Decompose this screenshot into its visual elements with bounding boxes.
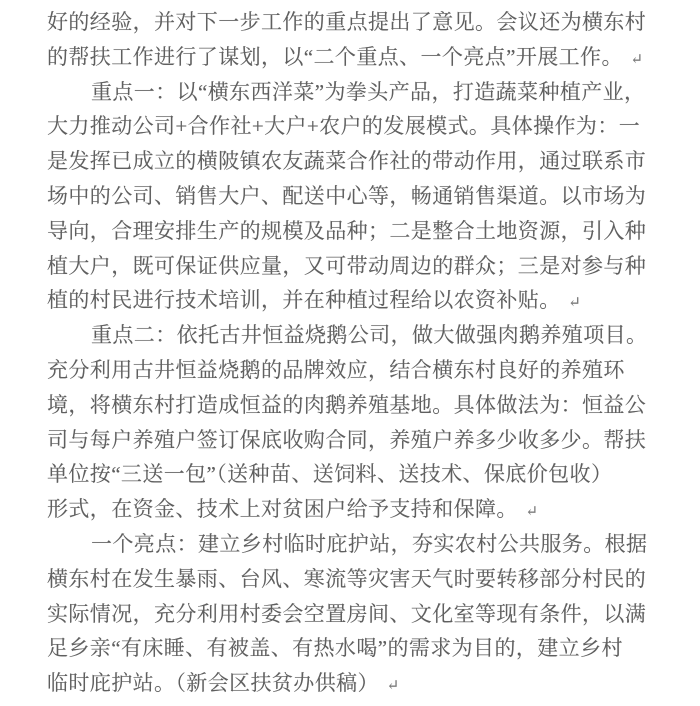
text-line: 横东村在发生暴雨、台风、寒流等灾害天气时要转移部分村民的 [47,562,672,597]
paragraph-mark-icon: ↵ [631,43,644,78]
document-page: 好的经验，并对下一步工作的重点提出了意见。会议还为横东村 的帮扶工作进行了谋划，… [0,0,700,706]
text-line: 形式，在资金、技术上对贫困户给予支持和保障。 ↵ [47,492,672,527]
text-line-content: 司与每户养殖户签订保底收购合同，养殖户养多少收多少。帮扶 [47,428,646,452]
text-line: 好的经验，并对下一步工作的重点提出了意见。会议还为横东村 [47,5,672,40]
text-line-content: 重点二：依托古井恒益烧鹅公司，做大做强肉鹅养殖项目。 [91,323,647,347]
text-line: 实际情况，充分利用村委会空置房间、文化室等现有条件，以满 [47,597,672,632]
text-line: 植大户，既可保证供应量，又可带动周边的群众；三是对参与种 [47,249,672,284]
text-line-content: 境，将横东村打造成恒益的肉鹅养殖基地。具体做法为：恒益公 [47,393,646,417]
text-line: 植的村民进行技术培训，并在种植过程给以农资补贴。 ↵ [47,283,672,318]
text-line-content: 植大户，既可保证供应量，又可带动周边的群众；三是对参与种 [47,254,646,278]
text-line: 的帮扶工作进行了谋划，以“二个重点、一个亮点”开展工作。 ↵ [47,40,672,75]
text-line-content: 植的村民进行技术培训，并在种植过程给以农资补贴。 [47,288,561,312]
text-line-content: 实际情况，充分利用村委会空置房间、文化室等现有条件，以满 [47,602,646,626]
text-line-content: 是发挥已成立的横陂镇农友蔬菜合作社的带动作用，通过联系市 [47,149,646,173]
text-line-content: 导向，合理安排生产的规模及品种；二是整合土地资源，引入种 [47,219,646,243]
text-line-content: 大力推动公司+合作社+大户+农户的发展模式。具体操作为：一 [47,114,640,138]
text-line-content: 好的经验，并对下一步工作的重点提出了意见。会议还为横东村 [47,10,646,34]
text-line: 重点一：以“横东西洋菜”为拳头产品，打造蔬菜种植产业， [47,75,672,110]
text-line-content: 足乡亲“有床睡、有被盖、有热水喝”的需求为目的，建立乡村 [47,636,623,660]
paragraph-mark-icon: ↵ [525,495,538,530]
text-line-content: 场中的公司、销售大户、配送中心等，畅通销售渠道。以市场为 [47,184,646,208]
text-line: 充分利用古井恒益烧鹅的品牌效应，结合横东村良好的养殖环 [47,353,672,388]
text-line: 临时庇护站。（新会区扶贫办供稿） ↵ [47,666,672,701]
text-line-content: 充分利用古井恒益烧鹅的品牌效应，结合横东村良好的养殖环 [47,358,625,382]
text-line-content: 一个亮点：建立乡村临时庇护站，夯实农村公共服务。根据 [91,532,647,556]
text-line: 一个亮点：建立乡村临时庇护站，夯实农村公共服务。根据 [47,527,672,562]
paragraph-mark-icon: ↵ [568,286,581,321]
text-line: 重点二：依托古井恒益烧鹅公司，做大做强肉鹅养殖项目。 [47,318,672,353]
document-text-block: 好的经验，并对下一步工作的重点提出了意见。会议还为横东村 的帮扶工作进行了谋划，… [47,5,672,701]
text-line-content: 横东村在发生暴雨、台风、寒流等灾害天气时要转移部分村民的 [47,567,646,591]
text-line: 导向，合理安排生产的规模及品种；二是整合土地资源，引入种 [47,214,672,249]
text-line-content: 临时庇护站。（新会区扶贫办供稿） [47,671,379,695]
text-line-content: 形式，在资金、技术上对贫困户给予支持和保障。 [47,497,518,521]
text-line: 足乡亲“有床睡、有被盖、有热水喝”的需求为目的，建立乡村 [47,631,672,666]
text-line: 是发挥已成立的横陂镇农友蔬菜合作社的带动作用，通过联系市 [47,144,672,179]
text-line-content: 重点一：以“横东西洋菜”为拳头产品，打造蔬菜种植产业， [91,80,645,104]
text-line: 境，将横东村打造成恒益的肉鹅养殖基地。具体做法为：恒益公 [47,388,672,423]
text-line-content: 单位按“三送一包”（送种苗、送饲料、送技术、保底价包收） [47,462,612,486]
text-line-content: 的帮扶工作进行了谋划，以“二个重点、一个亮点”开展工作。 [47,45,623,69]
text-line: 司与每户养殖户签订保底收购合同，养殖户养多少收多少。帮扶 [47,423,672,458]
text-line: 场中的公司、销售大户、配送中心等，畅通销售渠道。以市场为 [47,179,672,214]
text-line: 单位按“三送一包”（送种苗、送饲料、送技术、保底价包收） [47,457,672,492]
paragraph-mark-icon: ↵ [387,669,400,704]
text-line: 大力推动公司+合作社+大户+农户的发展模式。具体操作为：一 [47,109,672,144]
